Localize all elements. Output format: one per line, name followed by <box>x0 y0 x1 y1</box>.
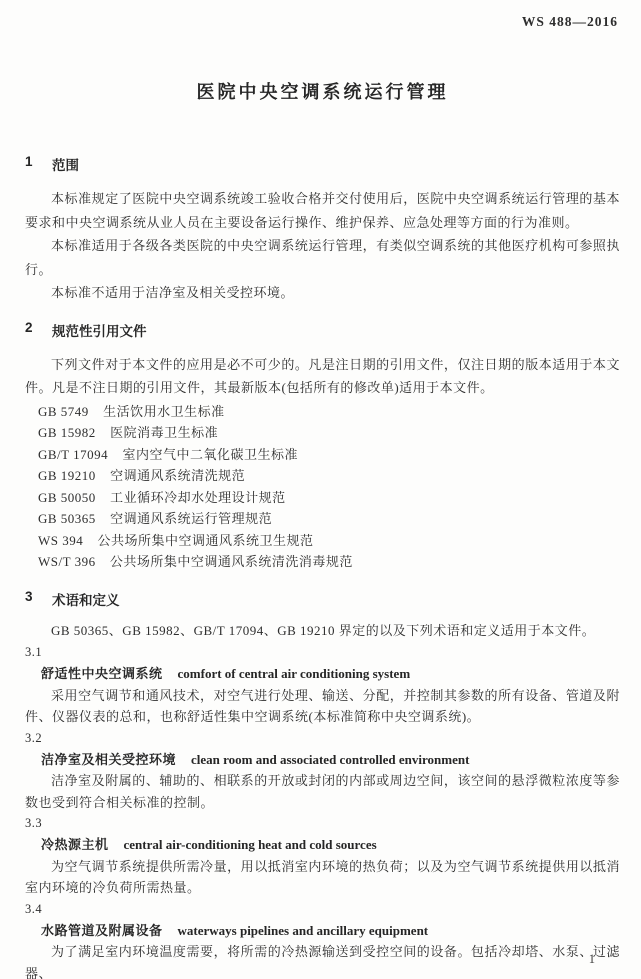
term-block: 3.3 冷热源主机central air-conditioning heat a… <box>25 813 620 899</box>
reference-item: WS/T 396公共场所集中空调通风系统清洗消毒规范 <box>38 551 620 573</box>
section-normative-references: 2 规范性引用文件 下列文件对于本文件的应用是必不可少的。凡是注日期的引用文件，… <box>25 320 620 573</box>
term-chinese: 洁净室及相关受控环境 <box>41 752 176 767</box>
reference-code: GB 19210 <box>38 468 96 483</box>
term-heading: 水路管道及附属设备waterways pipelines and ancilla… <box>41 920 620 942</box>
reference-title: 公共场所集中空调通风系统卫生规范 <box>98 533 314 548</box>
reference-title: 工业循环冷却水处理设计规范 <box>110 490 286 505</box>
page-number: 1 <box>589 952 595 967</box>
scope-paragraph: 本标准不适用于洁净室及相关受控环境。 <box>25 281 620 305</box>
section-1-title: 范围 <box>52 154 79 172</box>
scope-paragraph: 本标准规定了医院中央空调系统竣工验收合格并交付使用后，医院中央空调系统运行管理的… <box>25 187 620 234</box>
section-2-heading: 2 规范性引用文件 <box>25 320 620 338</box>
reference-item: GB 5749生活饮用水卫生标准 <box>38 401 620 423</box>
term-heading: 洁净室及相关受控环境clean room and associated cont… <box>41 749 620 771</box>
reference-code: WS 394 <box>38 533 83 548</box>
section-2-number: 2 <box>25 320 43 338</box>
reference-item: GB 15982医院消毒卫生标准 <box>38 422 620 444</box>
term-english: waterways pipelines and ancillary equipm… <box>178 923 429 938</box>
reference-code: GB 50365 <box>38 511 96 526</box>
reference-item: GB/T 17094室内空气中二氧化碳卫生标准 <box>38 444 620 466</box>
references-intro: 下列文件对于本文件的应用是必不可少的。凡是注日期的引用文件，仅注日期的版本适用于… <box>25 353 620 400</box>
reference-item: GB 50365空调通风系统运行管理规范 <box>38 508 620 530</box>
reference-code: GB/T 17094 <box>38 447 108 462</box>
term-chinese: 冷热源主机 <box>41 837 109 852</box>
document-title: 医院中央空调系统运行管理 <box>25 78 620 104</box>
term-block: 3.1 舒适性中央空调系统comfort of central air cond… <box>25 642 620 728</box>
term-english: comfort of central air conditioning syst… <box>178 666 411 681</box>
term-block: 3.2 洁净室及相关受控环境clean room and associated … <box>25 728 620 814</box>
section-1-number: 1 <box>25 154 43 172</box>
term-chinese: 舒适性中央空调系统 <box>41 666 163 681</box>
reference-list: GB 5749生活饮用水卫生标准 GB 15982医院消毒卫生标准 GB/T 1… <box>38 401 620 573</box>
term-english: central air-conditioning heat and cold s… <box>124 837 377 852</box>
term-number: 3.3 <box>25 813 620 834</box>
section-scope: 1 范围 本标准规定了医院中央空调系统竣工验收合格并交付使用后，医院中央空调系统… <box>25 154 620 305</box>
section-3-title: 术语和定义 <box>52 589 120 607</box>
reference-code: GB 15982 <box>38 425 96 440</box>
standard-code: WS 488—2016 <box>522 14 618 29</box>
term-english: clean room and associated controlled env… <box>191 752 469 767</box>
term-chinese: 水路管道及附属设备 <box>41 923 163 938</box>
reference-code: GB 50050 <box>38 490 96 505</box>
term-definition: 采用空气调节和通风技术，对空气进行处理、输送、分配，并控制其参数的所有设备、管道… <box>25 685 620 728</box>
term-definition: 为空气调节系统提供所需冷量，用以抵消室内环境的热负荷；以及为空气调节系统提供用以… <box>25 856 620 899</box>
page-header: WS 488—2016 <box>25 14 620 32</box>
document-page: WS 488—2016 医院中央空调系统运行管理 1 范围 本标准规定了医院中央… <box>0 0 641 979</box>
reference-title: 医院消毒卫生标准 <box>110 425 218 440</box>
section-terms-definitions: 3 术语和定义 GB 50365、GB 15982、GB/T 17094、GB … <box>25 589 620 979</box>
reference-title: 室内空气中二氧化碳卫生标准 <box>122 447 298 462</box>
term-definition: 洁净室及附属的、辅助的、相联系的开放或封闭的内部或周边空间，该空间的悬浮微粒浓度… <box>25 770 620 813</box>
terms-intro: GB 50365、GB 15982、GB/T 17094、GB 19210 界定… <box>25 619 620 643</box>
section-2-title: 规范性引用文件 <box>52 320 147 338</box>
term-block: 3.4 水路管道及附属设备waterways pipelines and anc… <box>25 899 620 979</box>
reference-code: GB 5749 <box>38 404 89 419</box>
reference-item: GB 50050工业循环冷却水处理设计规范 <box>38 487 620 509</box>
reference-code: WS/T 396 <box>38 554 96 569</box>
term-definition: 为了满足室内环境温度需要，将所需的冷热源输送到受控空间的设备。包括冷却塔、水泵、… <box>25 941 620 979</box>
scope-paragraph: 本标准适用于各级各类医院的中央空调系统运行管理，有类似空调系统的其他医疗机构可参… <box>25 234 620 281</box>
section-3-heading: 3 术语和定义 <box>25 589 620 607</box>
section-1-heading: 1 范围 <box>25 154 620 172</box>
reference-title: 空调通风系统运行管理规范 <box>110 511 272 526</box>
term-heading: 冷热源主机central air-conditioning heat and c… <box>41 834 620 856</box>
reference-title: 空调通风系统清洗规范 <box>110 468 245 483</box>
reference-title: 生活饮用水卫生标准 <box>103 404 225 419</box>
term-number: 3.2 <box>25 728 620 749</box>
reference-title: 公共场所集中空调通风系统清洗消毒规范 <box>110 554 353 569</box>
term-number: 3.1 <box>25 642 620 663</box>
section-3-number: 3 <box>25 589 43 607</box>
term-number: 3.4 <box>25 899 620 920</box>
reference-item: GB 19210空调通风系统清洗规范 <box>38 465 620 487</box>
reference-item: WS 394公共场所集中空调通风系统卫生规范 <box>38 530 620 552</box>
term-heading: 舒适性中央空调系统comfort of central air conditio… <box>41 663 620 685</box>
